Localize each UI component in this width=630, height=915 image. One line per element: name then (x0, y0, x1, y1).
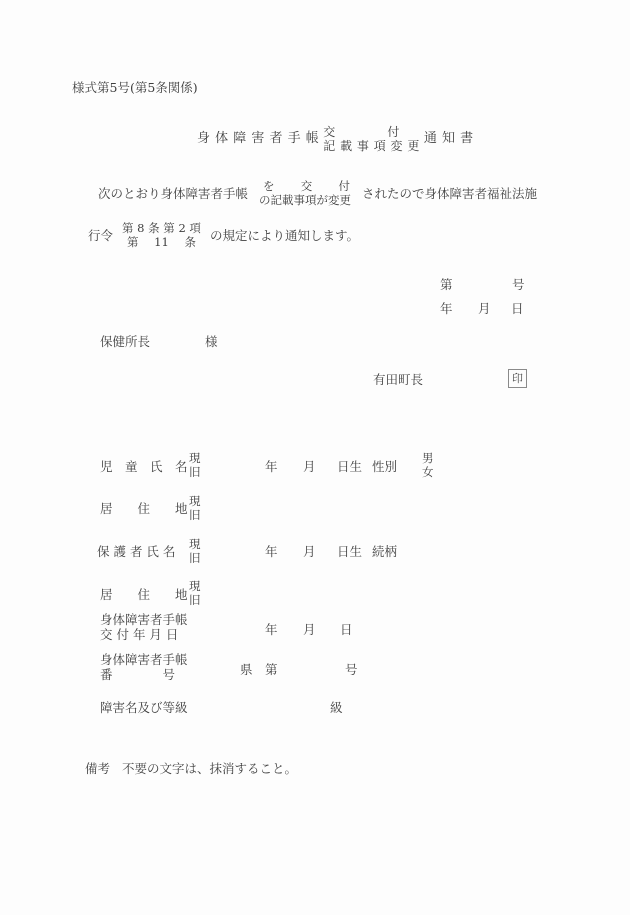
field-sex-options: 男 女 (422, 451, 434, 479)
paragraph-line2-option-bottom: 第 11 条 (122, 235, 201, 249)
old-label: 旧 (189, 551, 201, 565)
issue-date-label-line1: 身体障害者手帳 (100, 612, 188, 627)
field-guardian-year: 年 (265, 544, 278, 559)
field-handbook-pref: 県 (240, 662, 253, 677)
old-label: 旧 (189, 465, 201, 479)
title-option-issue-left: 交 (323, 125, 336, 139)
field-guardian-month: 月 (303, 544, 316, 559)
option-fu: 付 (339, 179, 351, 193)
handbook-no-label-line2: 番 号 (100, 667, 175, 682)
title-option-issue: 交 付 (323, 125, 420, 139)
issue-date-label-line2: 交 付 年 月 日 (100, 627, 178, 642)
field-residence2-current-old: 現 旧 (189, 579, 201, 607)
field-child-name-current-old: 現 旧 (189, 451, 201, 479)
field-handbook-no-suffix: 号 (345, 662, 358, 677)
field-issue-day: 日 (340, 622, 353, 637)
handbook-no-label-line1: 身体障害者手帳 (100, 652, 188, 667)
paragraph-line2-option-stack: 第 8 条 第 2 項 第 11 条 (122, 221, 201, 249)
title-option-change: 記 載 事 項 変 更 (323, 139, 420, 153)
seal-mark: 印 (508, 369, 527, 388)
male-label: 男 (422, 451, 434, 465)
doc-date-year: 年 (440, 301, 453, 316)
field-disability-label: 障害名及び等級 (100, 700, 188, 715)
title-option-stack: 交 付 記 載 事 項 変 更 (323, 125, 420, 153)
old-label: 旧 (189, 593, 201, 607)
paragraph-line1-option-stack: を 交 付 の記載事項が変更 (257, 179, 353, 207)
seal-character: 印 (512, 372, 523, 385)
field-child-name-label: 児 童 氏 名 (100, 459, 188, 474)
doc-date-day: 日 (511, 301, 524, 316)
paragraph-line1-suffix: されたので身体障害者福祉法施 (362, 186, 537, 201)
field-residence1-current-old: 現 旧 (189, 494, 201, 522)
title-prefix: 身 体 障 害 者 手 帳 (197, 131, 319, 147)
field-issue-date-label: 身体障害者手帳交 付 年 月 日 (100, 613, 188, 642)
paragraph-line1-prefix: 次のとおり身体障害者手帳 (98, 186, 248, 201)
field-handbook-no-prefix: 第 (265, 662, 278, 677)
note-heading: 備考 (85, 761, 110, 776)
document-title: 身 体 障 害 者 手 帳 交 付 記 載 事 項 変 更 通 知 書 (197, 120, 474, 158)
doc-number-suffix: 号 (512, 277, 525, 292)
field-guardian-dayborn: 日生 (337, 544, 362, 559)
addressee-title: 保健所長 (100, 334, 150, 349)
article-dai: 第 (127, 235, 139, 249)
title-suffix: 通 知 書 (424, 131, 474, 147)
doc-date-month: 月 (478, 301, 491, 316)
paragraph-line2-prefix: 行令 (88, 228, 113, 243)
paragraph-line2: 行令 第 8 条 第 2 項 第 11 条 の規定により通知します。 (88, 218, 359, 252)
field-disability-grade: 級 (330, 700, 343, 715)
article-jou: 条 (184, 235, 196, 249)
doc-number-prefix: 第 (440, 277, 453, 292)
document-page: 様式第5号(第5条関係) 身 体 障 害 者 手 帳 交 付 記 載 事 項 変… (0, 0, 630, 915)
paragraph-line1-option-top: を 交 付 (257, 179, 353, 193)
field-residence2-label: 居 住 地 (100, 587, 188, 602)
field-issue-month: 月 (303, 622, 316, 637)
paragraph-line2-suffix: の規定により通知します。 (210, 228, 359, 243)
current-label: 現 (189, 494, 201, 508)
field-child-month: 月 (303, 459, 316, 474)
article-number: 11 (154, 235, 169, 249)
paragraph-line1: 次のとおり身体障害者手帳 を 交 付 の記載事項が変更 されたので身体障害者福祉… (98, 176, 537, 210)
option-wo: を (263, 179, 275, 193)
current-label: 現 (189, 537, 201, 551)
paragraph-line1-option-bottom: の記載事項が変更 (257, 193, 353, 207)
field-child-year: 年 (265, 459, 278, 474)
female-label: 女 (422, 465, 434, 479)
field-child-dayborn: 日生 (337, 459, 362, 474)
field-guardian-relation: 続柄 (372, 544, 397, 559)
note-text: 不要の文字は、抹消すること。 (122, 761, 297, 776)
field-handbook-no-label: 身体障害者手帳番 号 (100, 653, 188, 682)
field-guardian-current-old: 現 旧 (189, 537, 201, 565)
issuer-name: 有田町長 (373, 372, 423, 387)
field-guardian-label: 保 護 者 氏 名 (97, 544, 175, 559)
field-issue-year: 年 (265, 622, 278, 637)
old-label: 旧 (189, 508, 201, 522)
current-label: 現 (189, 451, 201, 465)
option-kou: 交 (301, 179, 313, 193)
title-option-issue-right: 付 (387, 125, 400, 139)
form-number: 様式第5号(第5条関係) (72, 80, 198, 95)
current-label: 現 (189, 579, 201, 593)
addressee-honorific: 様 (205, 334, 218, 349)
paragraph-line2-option-top: 第 8 条 第 2 項 (122, 221, 201, 235)
field-sex-label: 性別 (372, 459, 397, 474)
field-residence1-label: 居 住 地 (100, 501, 188, 516)
